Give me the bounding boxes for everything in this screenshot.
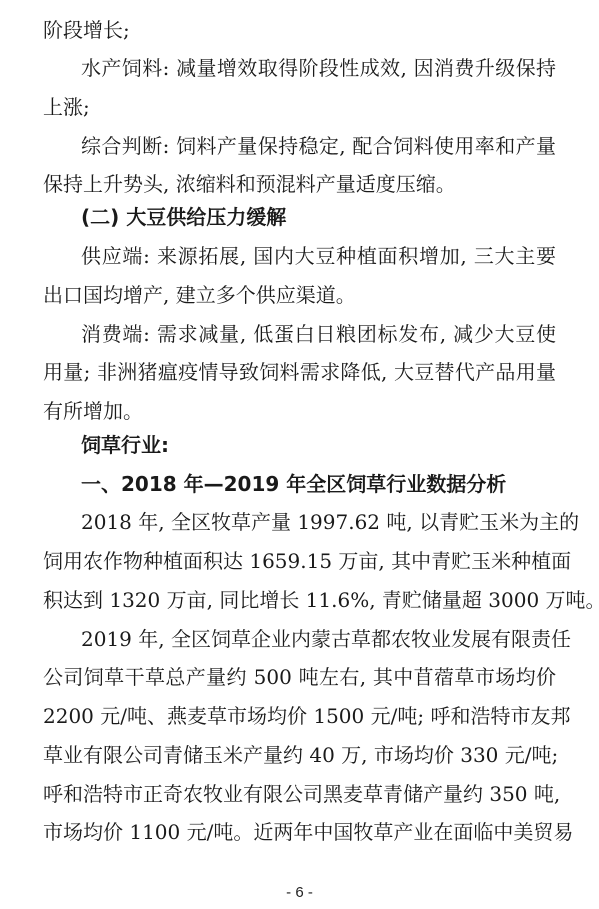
paragraph-line: 综合判断: 饲料产量保持稳定, 配合饲料使用率和产量 xyxy=(81,131,556,161)
paragraph-line: 市场均价 1100 元/吨。近两年中国牧草产业在面临中美贸易 xyxy=(43,817,556,847)
paragraph-line: 2018 年, 全区牧草产量 1997.62 吨, 以青贮玉米为主的 xyxy=(81,507,556,537)
section-heading: 一、2018 年—2019 年全区饲草行业数据分析 xyxy=(81,469,556,499)
section-heading: (二) 大豆供给压力缓解 xyxy=(81,202,556,232)
paragraph-line: 公司饲草干草总产量约 500 吨左右, 其中苜蓿草市场均价 xyxy=(43,662,556,692)
paragraph-line: 草业有限公司青储玉米产量约 40 万, 市场均价 330 元/吨; xyxy=(43,740,556,770)
paragraph-line: 有所增加。 xyxy=(43,396,556,426)
document-page: 阶段增长; 水产饲料: 减量增效取得阶段性成效, 因消费升级保持 上涨; 综合判… xyxy=(0,0,599,909)
paragraph-line: 2200 元/吨、燕麦草市场均价 1500 元/吨; 呼和浩特市友邦 xyxy=(43,701,556,731)
paragraph-line: 保持上升势头, 浓缩料和预混料产量适度压缩。 xyxy=(43,169,556,199)
paragraph-line: 上涨; xyxy=(43,92,556,122)
paragraph-line: 用量; 非洲猪瘟疫情导致饲料需求降低, 大豆替代产品用量 xyxy=(43,357,556,387)
paragraph-line: 饲用农作物种植面积达 1659.15 万亩, 其中青贮玉米种植面 xyxy=(43,546,556,576)
page-number: - 6 - xyxy=(0,882,599,904)
paragraph-line: 呼和浩特市正奇农牧业有限公司黑麦草青储产量约 350 吨, xyxy=(43,779,556,809)
paragraph-line: 消费端: 需求减量, 低蛋白日粮团标发布, 减少大豆使 xyxy=(81,319,556,349)
paragraph-line: 阶段增长; xyxy=(43,15,556,45)
paragraph-line: 2019 年, 全区饲草企业内蒙古草都农牧业发展有限责任 xyxy=(81,624,556,654)
section-heading: 饲草行业: xyxy=(81,430,556,460)
paragraph-line: 供应端: 来源拓展, 国内大豆种植面积增加, 三大主要 xyxy=(81,241,556,271)
paragraph-line: 水产饲料: 减量增效取得阶段性成效, 因消费升级保持 xyxy=(81,53,556,83)
paragraph-line: 积达到 1320 万亩, 同比增长 11.6%, 青贮储量超 3000 万吨。 xyxy=(43,585,556,615)
paragraph-line: 出口国均增产, 建立多个供应渠道。 xyxy=(43,280,556,310)
